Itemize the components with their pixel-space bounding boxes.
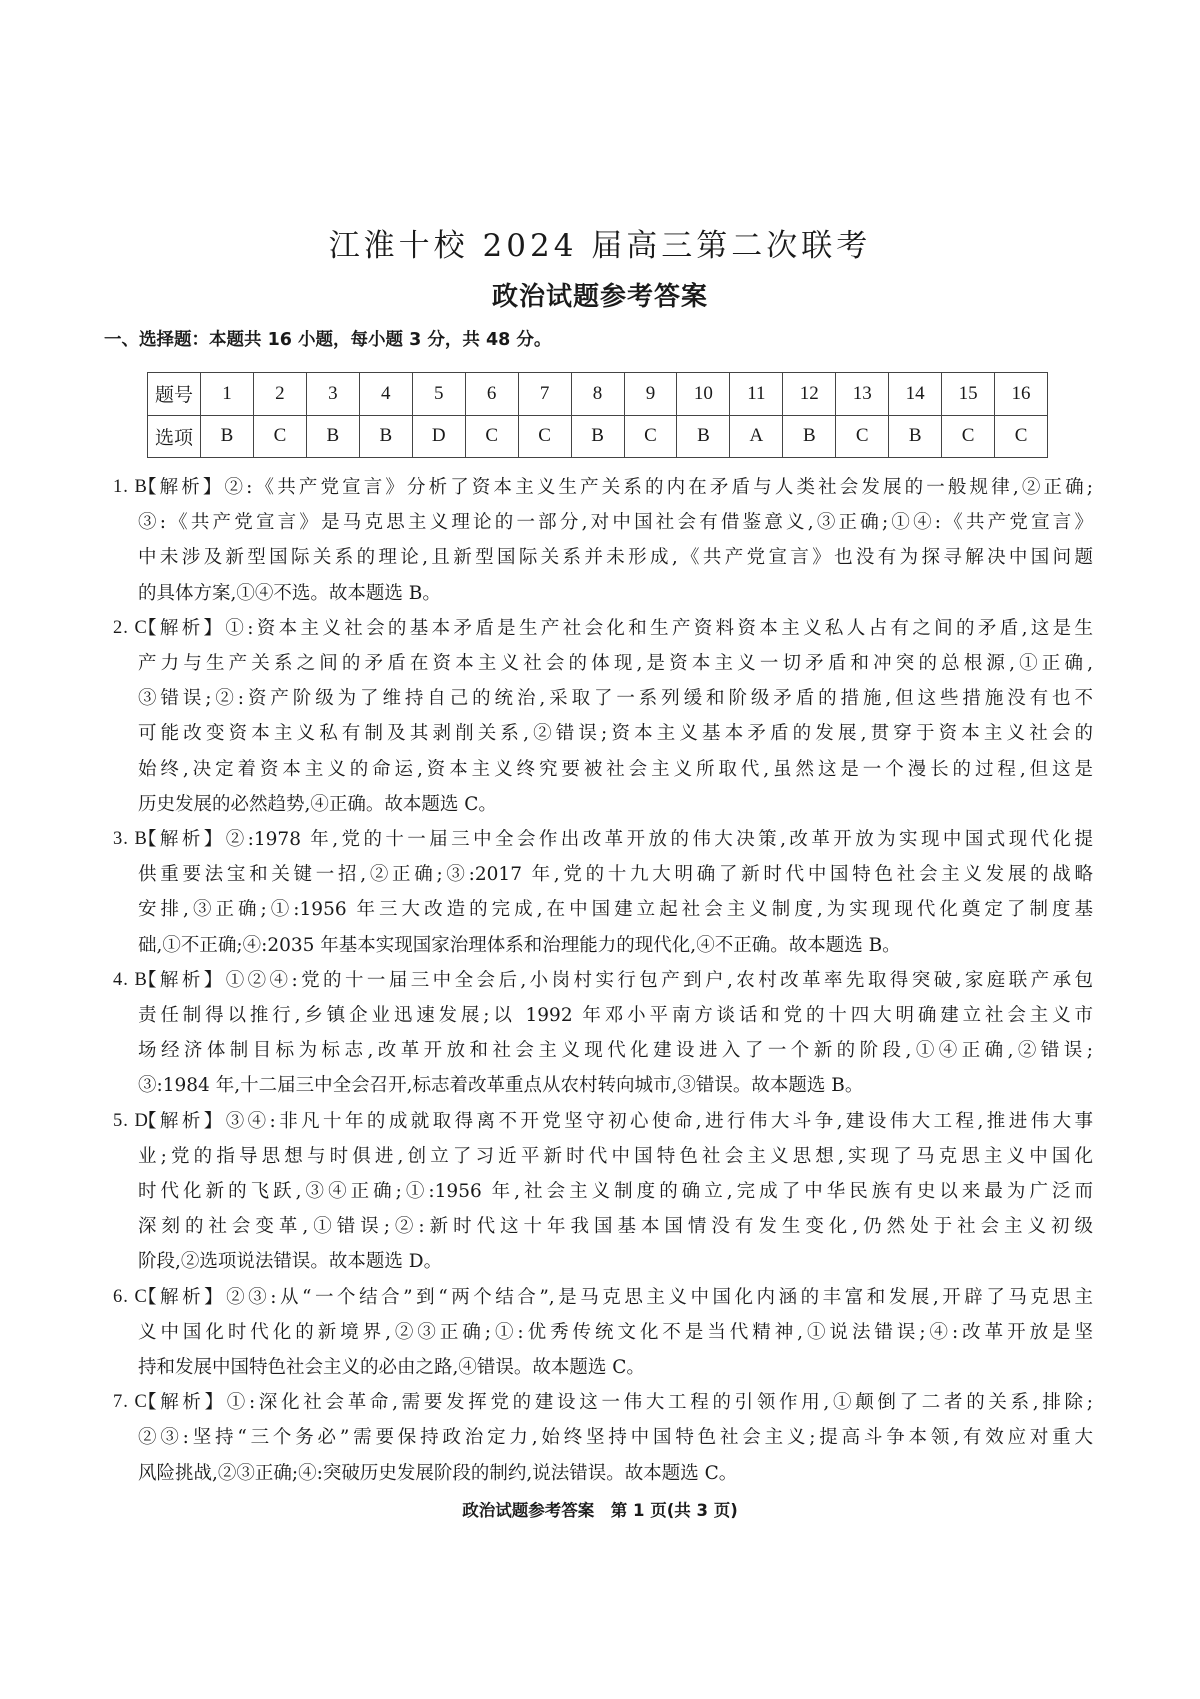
analysis-item: 5. D【解析】③④:非凡十年的成就取得离不开党坚守初心使命,进行伟大斗争,建设… <box>113 1104 1093 1280</box>
analysis-item: 4. B【解析】①②④:党的十一届三中全会后,小岗村实行包产到户,农村改革率先取… <box>113 963 1093 1104</box>
analysis-text: 【解析】①②④:党的十一届三中全会后,小岗村实行包产到户,农村改革率先取得突破,… <box>138 963 1093 1104</box>
analysis-text: 【解析】①:资本主义社会的基本矛盾是生产社会化和生产资料资本主义私人占有之间的矛… <box>138 611 1093 822</box>
question-number-cell: 14 <box>889 373 942 416</box>
analysis-item: 3. B【解析】②:1978 年,党的十一届三中全会作出改革开放的伟大决策,改革… <box>113 822 1093 963</box>
answer-table-choice-row: 选项 BCBBDCCBCBABCBCC <box>148 415 1048 458</box>
answer-table-number-row: 题号 12345678910111213141516 <box>148 373 1048 416</box>
analysis-line: 供重要法宝和关键一招,②正确;③:2017 年,党的十九大明确了新时代中国特色社… <box>138 857 1093 892</box>
analysis-line: 责任制得以推行,乡镇企业迅速发展;以 1992 年邓小平南方谈话和党的十四大明确… <box>138 998 1093 1033</box>
answer-choice-cell: B <box>783 415 836 458</box>
analysis-line: 持和发展中国特色社会主义的必由之路,④错误。故本题选 C。 <box>138 1350 1093 1385</box>
analysis-line: ③:《共产党宣言》是马克思主义理论的一部分,对中国社会有借鉴意义,③正确;①④:… <box>138 505 1093 540</box>
analysis-line: 安排,③正确;①:1956 年三大改造的完成,在中国建立起社会主义制度,为实现现… <box>138 892 1093 927</box>
question-answer-label: 4. B <box>113 963 148 998</box>
analysis-item: 6. C【解析】②③:从“一个结合”到“两个结合”,是马克思主义中国化内涵的丰富… <box>113 1280 1093 1386</box>
analysis-line: 始终,决定着资本主义的命运,资本主义终究要被社会主义所取代,虽然这是一个漫长的过… <box>138 752 1093 787</box>
question-answer-label: 6. C <box>113 1280 148 1315</box>
analysis-line: 阶段,②选项说法错误。故本题选 D。 <box>138 1244 1093 1279</box>
answer-choice-cell: C <box>995 415 1048 458</box>
answer-choice-cell: C <box>942 415 995 458</box>
question-answer-label: 7. C <box>113 1385 148 1420</box>
question-answer-label: 3. B <box>113 822 148 857</box>
question-number-cell: 3 <box>306 373 359 416</box>
question-number-cell: 8 <box>571 373 624 416</box>
analysis-line: ②③:坚持“三个务必”需要保持政治定力,始终坚持中国特色社会主义;提高斗争本领,… <box>138 1420 1093 1455</box>
answer-choice-cell: B <box>571 415 624 458</box>
question-number-cell: 6 <box>465 373 518 416</box>
question-number-cell: 2 <box>253 373 306 416</box>
question-answer-label: 1. B <box>113 470 148 505</box>
answer-choice-cell: C <box>465 415 518 458</box>
analysis-text: 【解析】①:深化社会革命,需要发挥党的建设这一伟大工程的引领作用,①颠倒了二者的… <box>138 1385 1093 1491</box>
question-answer-label: 2. C <box>113 611 148 646</box>
question-number-cell: 15 <box>942 373 995 416</box>
question-number-cell: 11 <box>730 373 783 416</box>
answer-choice-cell: C <box>253 415 306 458</box>
page-footer: 政治试题参考答案 第 1 页(共 3 页) <box>0 1497 1200 1521</box>
question-answer-label: 5. D <box>113 1104 149 1139</box>
analysis-line: ③错误;②:资产阶级为了维持自己的统治,采取了一系列缓和阶级矛盾的措施,但这些措… <box>138 681 1093 716</box>
question-number-cell: 10 <box>677 373 730 416</box>
analysis-item: 1. B【解析】②:《共产党宣言》分析了资本主义生产关系的内在矛盾与人类社会发展… <box>113 470 1093 611</box>
row-header-choice: 选项 <box>148 415 201 458</box>
answer-choice-cell: B <box>306 415 359 458</box>
analysis-line: 中未涉及新型国际关系的理论,且新型国际关系并未形成,《共产党宣言》也没有为探寻解… <box>138 540 1093 575</box>
question-number-cell: 12 <box>783 373 836 416</box>
analysis-line: 可能改变资本主义私有制及其剥削关系,②错误;资本主义基本矛盾的发展,贯穿于资本主… <box>138 716 1093 751</box>
analysis-item: 2. C【解析】①:资本主义社会的基本矛盾是生产社会化和生产资料资本主义私人占有… <box>113 611 1093 822</box>
analysis-line: 【解析】①:深化社会革命,需要发挥党的建设这一伟大工程的引领作用,①颠倒了二者的… <box>138 1385 1093 1420</box>
analysis-line: 时代化新的飞跃,③④正确;①:1956 年,社会主义制度的确立,完成了中华民族有… <box>138 1174 1093 1209</box>
question-number-cell: 16 <box>995 373 1048 416</box>
answer-choice-cell: C <box>624 415 677 458</box>
analysis-line: 风险挑战,②③正确;④:突破历史发展阶段的制约,说法错误。故本题选 C。 <box>138 1456 1093 1491</box>
answer-choice-cell: B <box>677 415 730 458</box>
analysis-line: 深刻的社会变革,①错误;②:新时代这十年我国基本国情没有发生变化,仍然处于社会主… <box>138 1209 1093 1244</box>
analysis-line: 础,①不正确;④:2035 年基本实现国家治理体系和治理能力的现代化,④不正确。… <box>138 928 1093 963</box>
analysis-line: 【解析】②:1978 年,党的十一届三中全会作出改革开放的伟大决策,改革开放为实… <box>138 822 1093 857</box>
analysis-text: 【解析】②:《共产党宣言》分析了资本主义生产关系的内在矛盾与人类社会发展的一般规… <box>138 470 1093 611</box>
answer-choice-cell: C <box>518 415 571 458</box>
analysis-line: 【解析】③④:非凡十年的成就取得离不开党坚守初心使命,进行伟大斗争,建设伟大工程… <box>138 1104 1093 1139</box>
analysis-list: 1. B【解析】②:《共产党宣言》分析了资本主义生产关系的内在矛盾与人类社会发展… <box>113 470 1093 1491</box>
analysis-line: 场经济体制目标为标志,改革开放和社会主义现代化建设进入了一个新的阶段,①④正确,… <box>138 1033 1093 1068</box>
analysis-line: 历史发展的必然趋势,④正确。故本题选 C。 <box>138 787 1093 822</box>
analysis-line: 产力与生产关系之间的矛盾在资本主义社会的体现,是资本主义一切矛盾和冲突的总根源,… <box>138 646 1093 681</box>
analysis-line: 的具体方案,①④不选。故本题选 B。 <box>138 576 1093 611</box>
analysis-line: 【解析】②:《共产党宣言》分析了资本主义生产关系的内在矛盾与人类社会发展的一般规… <box>138 470 1093 505</box>
answer-table: 题号 12345678910111213141516 选项 BCBBDCCBCB… <box>147 372 1048 458</box>
analysis-line: 义中国化时代化的新境界,②③正确;①:优秀传统文化不是当代精神,①说法错误;④:… <box>138 1315 1093 1350</box>
analysis-item: 7. C【解析】①:深化社会革命,需要发挥党的建设这一伟大工程的引领作用,①颠倒… <box>113 1385 1093 1491</box>
analysis-text: 【解析】②③:从“一个结合”到“两个结合”,是马克思主义中国化内涵的丰富和发展,… <box>138 1280 1093 1386</box>
section-heading: 一、选择题：本题共 16 小题，每小题 3 分，共 48 分。 <box>104 326 551 351</box>
answer-choice-cell: D <box>412 415 465 458</box>
analysis-line: 业;党的指导思想与时俱进,创立了习近平新时代中国特色社会主义思想,实现了马克思主… <box>138 1139 1093 1174</box>
question-number-cell: 7 <box>518 373 571 416</box>
question-number-cell: 5 <box>412 373 465 416</box>
row-header-number: 题号 <box>148 373 201 416</box>
analysis-line: 【解析】①②④:党的十一届三中全会后,小岗村实行包产到户,农村改革率先取得突破,… <box>138 963 1093 998</box>
question-number-cell: 1 <box>201 373 254 416</box>
analysis-text: 【解析】②:1978 年,党的十一届三中全会作出改革开放的伟大决策,改革开放为实… <box>138 822 1093 963</box>
analysis-line: 【解析】①:资本主义社会的基本矛盾是生产社会化和生产资料资本主义私人占有之间的矛… <box>138 611 1093 646</box>
question-number-cell: 9 <box>624 373 677 416</box>
answer-choice-cell: B <box>359 415 412 458</box>
question-number-cell: 4 <box>359 373 412 416</box>
answer-choice-cell: A <box>730 415 783 458</box>
analysis-line: 【解析】②③:从“一个结合”到“两个结合”,是马克思主义中国化内涵的丰富和发展,… <box>138 1280 1093 1315</box>
answer-choice-cell: B <box>889 415 942 458</box>
analysis-text: 【解析】③④:非凡十年的成就取得离不开党坚守初心使命,进行伟大斗争,建设伟大工程… <box>138 1104 1093 1280</box>
document-subtitle: 政治试题参考答案 <box>0 276 1200 313</box>
analysis-line: ③:1984 年,十二届三中全会召开,标志着改革重点从农村转向城市,③错误。故本… <box>138 1068 1093 1103</box>
answer-choice-cell: B <box>201 415 254 458</box>
document-title: 江淮十校 2024 届高三第二次联考 <box>0 220 1200 265</box>
answer-choice-cell: C <box>836 415 889 458</box>
question-number-cell: 13 <box>836 373 889 416</box>
